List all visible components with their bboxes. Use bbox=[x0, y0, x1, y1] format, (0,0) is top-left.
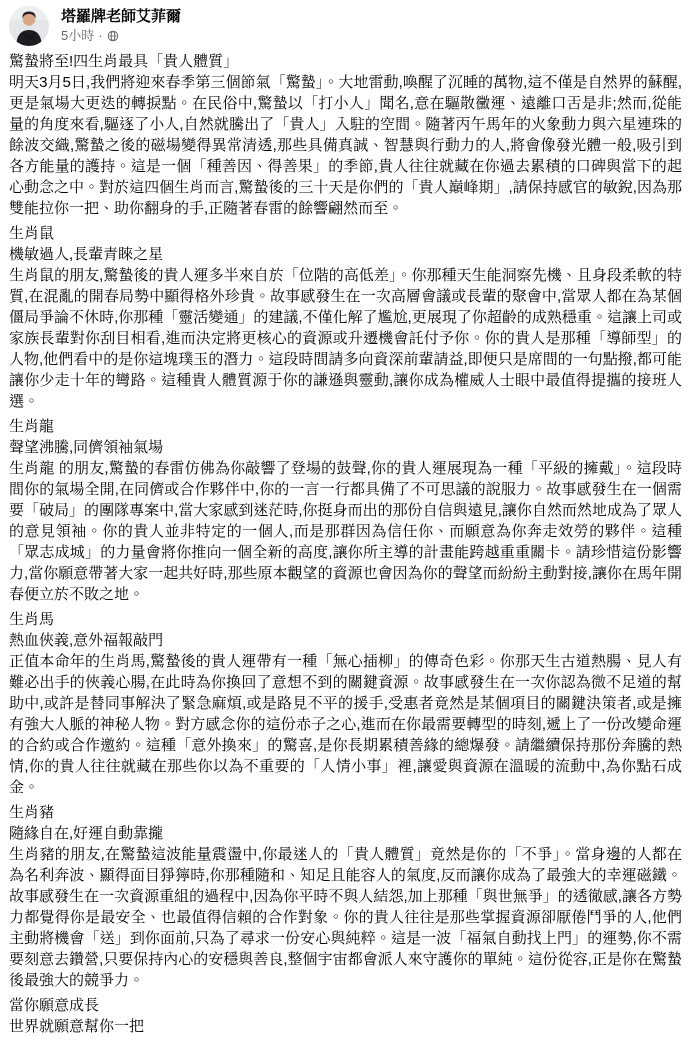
section-heading: 生肖龍 bbox=[9, 416, 682, 437]
avatar-photo bbox=[9, 6, 49, 46]
section-body: 生肖豬的朋友,在驚蟄這波能量震盪中,你最迷人的「貴人體質」竟然是你的「不爭」。當… bbox=[9, 846, 682, 989]
globe-icon bbox=[107, 30, 119, 42]
zodiac-section-rat: 生肖鼠 機敏過人,長輩青睞之星 生肖鼠的朋友,驚蟄後的貴人運多半來自於「位階的高… bbox=[9, 223, 682, 412]
section-body: 生肖鼠的朋友,驚蟄後的貴人運多半來自於「位階的高低差」。你那種天生能洞察先機、且… bbox=[9, 267, 682, 410]
section-body: 正值本命年的生肖馬,驚蟄後的貴人運帶有一種「無心插柳」的傳奇色彩。你那天生古道熱… bbox=[9, 653, 682, 796]
section-subtitle: 熱血俠義,意外福報敲門 bbox=[9, 630, 682, 651]
post-intro-text: 明天3月5日,我們將迎來春季第三個節氣「驚蟄」。大地雷動,喚醒了沉睡的萬物,這不… bbox=[9, 74, 682, 217]
avatar[interactable] bbox=[9, 6, 49, 46]
post-body: 驚蟄將至!四生肖最具「貴人體質」 明天3月5日,我們將迎來春季第三個節氣「驚蟄」… bbox=[0, 50, 691, 1047]
section-body: 生肖龍 的朋友,驚蟄的春雷仿佛為你敲響了登場的鼓聲,你的貴人運展現為一種「平級的… bbox=[9, 460, 682, 603]
post-header: 塔羅牌老師艾菲爾 5小時 · bbox=[0, 0, 691, 50]
timestamp[interactable]: 5小時 bbox=[61, 28, 94, 44]
post-intro-block: 驚蟄將至!四生肖最具「貴人體質」 明天3月5日,我們將迎來春季第三個節氣「驚蟄」… bbox=[9, 51, 682, 219]
section-heading: 生肖馬 bbox=[9, 609, 682, 630]
post-outro-block: 當你願意成長 世界就願意幫你一把 bbox=[9, 995, 682, 1037]
facebook-post: 塔羅牌老師艾菲爾 5小時 · 驚蟄將至!四生肖最具「貴人體質」 明天3月5日,我… bbox=[0, 0, 691, 1047]
outro-line-1: 當你願意成長 bbox=[9, 995, 682, 1016]
zodiac-section-horse: 生肖馬 熱血俠義,意外福報敲門 正值本命年的生肖馬,驚蟄後的貴人運帶有一種「無心… bbox=[9, 609, 682, 798]
meta-separator: · bbox=[98, 28, 102, 44]
outro-line-2: 世界就願意幫你一把 bbox=[9, 1016, 682, 1037]
header-meta: 塔羅牌老師艾菲爾 5小時 · bbox=[61, 6, 181, 44]
section-subtitle: 聲望沸騰,同儕領袖氣場 bbox=[9, 437, 682, 458]
post-title: 驚蟄將至!四生肖最具「貴人體質」 bbox=[9, 51, 682, 72]
zodiac-section-dragon: 生肖龍 聲望沸騰,同儕領袖氣場 生肖龍 的朋友,驚蟄的春雷仿佛為你敲響了登場的鼓… bbox=[9, 416, 682, 605]
section-heading: 生肖豬 bbox=[9, 802, 682, 823]
zodiac-section-pig: 生肖豬 隨緣自在,好運自動靠攏 生肖豬的朋友,在驚蟄這波能量震盪中,你最迷人的「… bbox=[9, 802, 682, 991]
author-name[interactable]: 塔羅牌老師艾菲爾 bbox=[61, 7, 181, 27]
post-meta-row: 5小時 · bbox=[61, 28, 181, 44]
section-subtitle: 隨緣自在,好運自動靠攏 bbox=[9, 823, 682, 844]
section-subtitle: 機敏過人,長輩青睞之星 bbox=[9, 244, 682, 265]
section-heading: 生肖鼠 bbox=[9, 223, 682, 244]
